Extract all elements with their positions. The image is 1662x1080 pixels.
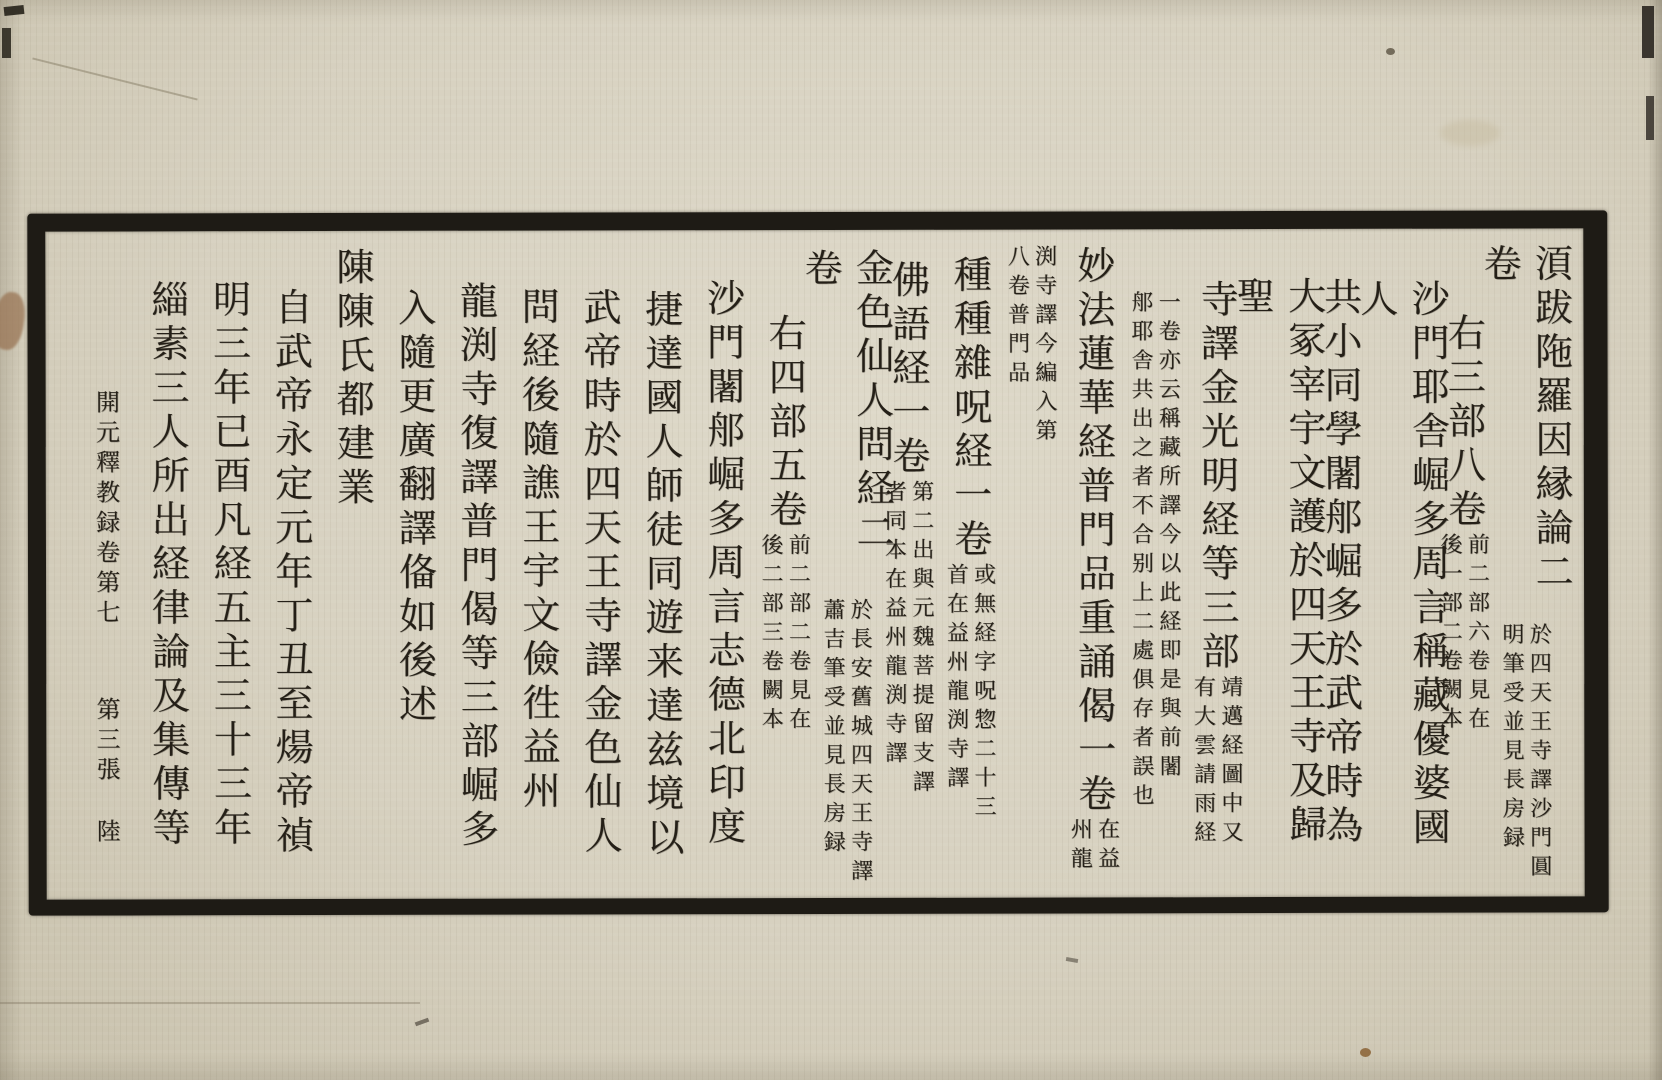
- text-block: 湏跋陁羅因縁論二卷於四天王寺譯沙門圓明筆受並見長房録右三部八卷前二部六卷見在後一…: [45, 228, 1584, 899]
- main-text-line: 武帝時於四天王寺譯金色仙人: [573, 287, 625, 859]
- column-interlinear-note-dayun-qingyu: 一卷亦云稱藏所譯今以此経即是與前闍郍耶舎共出之者不合别上二處俱存者誤也: [1125, 245, 1184, 885]
- column-bio-shenajueduo-2: 捷達國人師徒同遊来達兹境以: [631, 248, 690, 888]
- annotation-left-line: 郍耶舎共出之者不合别上二處俱存者誤也: [1128, 290, 1154, 812]
- main-text-line: 右四部五卷: [758, 313, 810, 533]
- annotation-left-line: 明筆受並見長房録: [1499, 623, 1525, 884]
- column-spine-label: 開元釋教録卷第七第三張陸: [75, 249, 134, 889]
- annotation-right-line: 第二出與元魏菩提留支譯: [908, 479, 934, 798]
- annotation-left-line: 後二部三卷闕本: [758, 533, 784, 736]
- main-text-line: 種種雜呪経一卷: [943, 255, 995, 563]
- annotation-right-line: 靖邁経圖中又: [1217, 675, 1243, 849]
- column-bio-shenajueduo-6: 入隨更廣翻譯俻如後述: [384, 247, 443, 887]
- main-text-line: 捷達國人師徒同遊来達兹境以: [634, 289, 686, 861]
- interlinear-annotation: 於四天王寺譯沙門圓明筆受並見長房録: [1499, 622, 1552, 883]
- column-bio-yashejueduo-1: 沙門耶舎崛多周言稱藏優婆國人: [1372, 247, 1431, 887]
- annotation-left-line: 首在益州龍渕寺譯: [943, 563, 969, 824]
- edge-mark: [1642, 6, 1654, 58]
- annotation-right-line: 於長安舊城四天王寺譯: [847, 598, 873, 888]
- main-text-line: 沙門闍郍崛多周言志德北印度: [696, 278, 748, 850]
- paper-stain: [1360, 1048, 1371, 1057]
- column-section-chen-dynasty: 陳陳氏都建業: [322, 247, 381, 887]
- small-text-line: 第三張: [91, 696, 119, 786]
- interlinear-annotation: 於長安舊城四天王寺譯蕭吉筆受並見長房録: [820, 598, 873, 888]
- interlinear-annotation: 一卷亦云稱藏所譯今以此経即是與前闍郍耶舎共出之者不合别上二處俱存者誤也: [1128, 290, 1182, 812]
- column-entry-supatuoluo-lun: 湏跋陁羅因縁論二卷於四天王寺譯沙門圓明筆受並見長房録: [1495, 243, 1554, 883]
- main-text-line: 明三年已酉凡経五主三十三年: [202, 279, 254, 851]
- column-bio-yashejueduo-4-jinguangming: 寺譯金光明経等三部靖邁経圖中又有大雲請雨経: [1187, 247, 1246, 887]
- edge-mark: [1066, 957, 1079, 963]
- edge-mark: [1646, 96, 1654, 140]
- print-frame-border: 湏跋陁羅因縁論二卷於四天王寺譯沙門圓明筆受並見長房録右三部八卷前二部六卷見在後一…: [27, 210, 1608, 915]
- column-chen-dynasty-dates-2: 明三年已酉凡経五主三十三年: [199, 247, 258, 887]
- small-text-line: 陸: [92, 818, 120, 848]
- main-text-line: 龍渕寺復譯普門偈等三部崛多: [449, 280, 501, 852]
- interlinear-annotation: 前二部二卷見在後二部三卷闕本: [758, 533, 811, 736]
- annotation-right-line: 或無経字呪惣二十三: [970, 563, 996, 824]
- paper-stain: [0, 290, 28, 352]
- main-text-line: 湏跋陁羅因縁論二卷: [1473, 243, 1576, 622]
- paper-stain: [1386, 48, 1395, 55]
- main-text-line: 自武帝永定元年丁丑至煬帝禎: [264, 287, 316, 859]
- main-text-line: 妙法蓮華経普門品重誦偈一卷: [1066, 245, 1118, 817]
- column-entry-zhongzhong-zazhou-jing: 種種雜呪経一卷或無経字呪惣二十三首在益州龍渕寺譯: [940, 246, 999, 886]
- small-text-line: 開元釋教録卷第七: [91, 389, 119, 629]
- main-text-line: 緇素三人所出経律論及集傳等: [140, 279, 192, 851]
- annotation-left-line: 州龍: [1067, 817, 1092, 875]
- annotation-left-line: 有大雲請雨経: [1190, 675, 1216, 849]
- main-text-line: 陳陳氏都建業: [326, 247, 378, 511]
- interlinear-annotation: 渕寺譯今編入第八卷普門品: [1004, 244, 1057, 447]
- annotation-right-line: 於四天王寺譯沙門圓: [1526, 622, 1552, 883]
- column-bio-shenajueduo-3: 武帝時於四天王寺譯金色仙人: [569, 246, 628, 886]
- main-text-line: 入隨更廣翻譯俻如後述: [387, 287, 439, 727]
- column-bio-shenajueduo-4: 問経後隨譙王宇文儉徃益州: [507, 246, 566, 886]
- annotation-right-line: 在益: [1094, 817, 1119, 875]
- column-entry-miaofa-lianhua-pumenpin: 妙法蓮華経普門品重誦偈一卷在益州龍: [1063, 245, 1122, 885]
- main-text-line: 寺譯金光明経等三部: [1190, 279, 1242, 675]
- scanned-page: { "document": { "kind": "woodblock-print…: [0, 0, 1662, 1080]
- column-chen-dynasty-translators: 緇素三人所出経律論及集傳等: [137, 247, 196, 887]
- column-note-continuation-pumenpin: 渕寺譯今編入第八卷普門品: [1001, 244, 1060, 884]
- column-chen-dynasty-dates-1: 自武帝永定元年丁丑至煬帝禎: [261, 246, 320, 886]
- annotation-right-line: 前二部二卷見在: [785, 533, 811, 736]
- column-entry-jinse-xianren-wen-jing: 金色仙人問経二卷於長安舊城四天王寺譯蕭吉筆受並見長房録: [816, 248, 875, 888]
- annotation-left-line: 八卷普門品: [1004, 245, 1030, 448]
- paper-stain: [1440, 120, 1500, 146]
- column-bio-yashejueduo-3: 大冢宰宇文護於四天王寺及歸聖: [1248, 244, 1307, 884]
- annotation-right-line: 渕寺譯今編入第: [1031, 244, 1057, 447]
- edge-mark: [415, 1018, 430, 1027]
- column-bio-shenajueduo-5: 龍渕寺復譯普門偈等三部崛多: [446, 249, 505, 889]
- main-text-line: 問経後隨譙王宇文儉徃益州: [511, 286, 563, 814]
- column-subtotal-four-works: 右四部五卷前二部二卷見在後二部三卷闕本: [754, 245, 813, 885]
- interlinear-annotation: 在益州龍: [1067, 817, 1120, 875]
- column-bio-shenajueduo-1: 沙門闍郍崛多周言志德北印度: [693, 246, 752, 886]
- paper-crease: [32, 57, 197, 100]
- interlinear-annotation: 或無経字呪惣二十三首在益州龍渕寺譯: [943, 563, 996, 824]
- interlinear-annotation: 靖邁経圖中又有大雲請雨経: [1190, 675, 1243, 849]
- annotation-left-line: 蕭吉筆受並見長房録: [820, 598, 846, 888]
- main-text-line: 沙門耶舎崛多周言稱藏優婆國人: [1350, 278, 1454, 887]
- annotation-right-line: 一卷亦云稱藏所譯今以此経即是與前闍: [1155, 290, 1181, 812]
- edge-mark: [4, 5, 25, 16]
- edge-mark: [2, 28, 11, 58]
- paper-crease: [0, 1002, 420, 1004]
